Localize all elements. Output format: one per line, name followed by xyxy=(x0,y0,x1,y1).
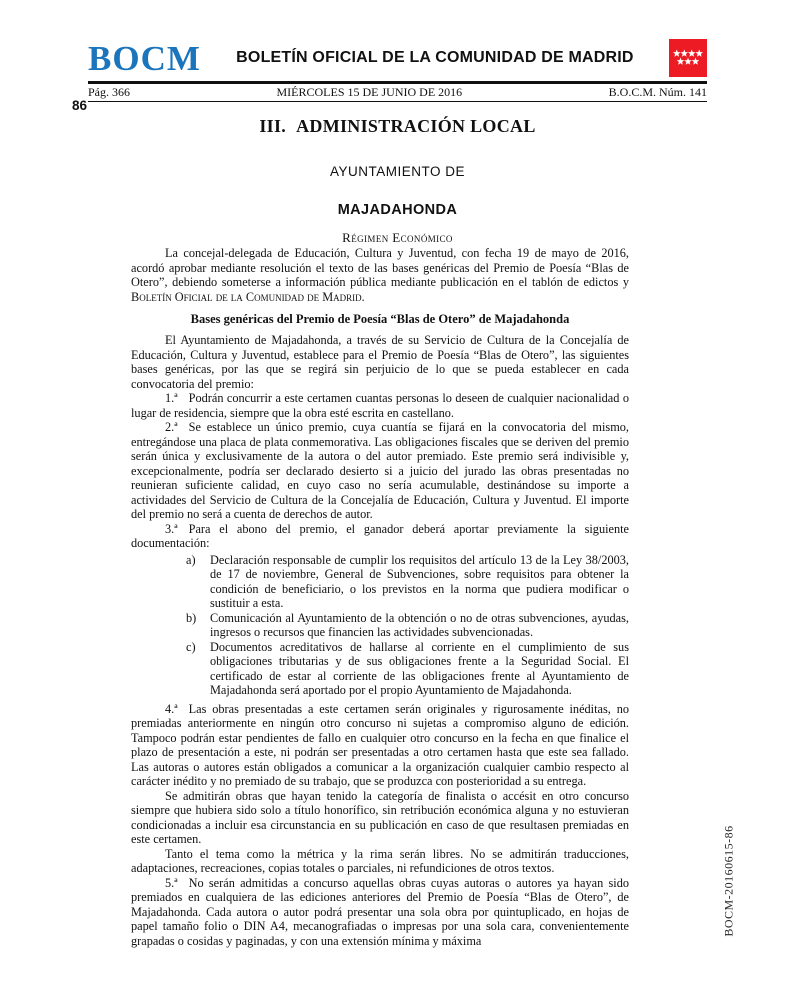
bocm-page: BOCM BOLETÍN OFICIAL DE LA COMUNIDAD DE … xyxy=(0,0,792,1000)
documentation-list: a) Declaración responsable de cumplir lo… xyxy=(131,553,629,698)
bocm-logo: BOCM xyxy=(88,41,201,76)
header-info-row: Pág. 366 MIÉRCOLES 15 DE JUNIO DE 2016 B… xyxy=(88,84,707,101)
clause-4-text: Las obras presentadas a este certamen se… xyxy=(131,702,629,789)
section-number: III. xyxy=(259,116,286,136)
clause-1-marker: 1.ª xyxy=(165,391,178,405)
clause-2: 2.ªSe establece un único premio, cuya cu… xyxy=(131,420,629,522)
clause-4-marker: 4.ª xyxy=(165,702,178,716)
list-item-c: c) Documentos acreditativos de hallarse … xyxy=(131,640,629,698)
clause-4: 4.ªLas obras presentadas a este certamen… xyxy=(131,702,629,789)
municipality-title: MAJADAHONDA xyxy=(88,202,707,218)
list-item-b: b) Comunicación al Ayuntamiento de la ob… xyxy=(131,611,629,640)
page-header: BOCM BOLETÍN OFICIAL DE LA COMUNIDAD DE … xyxy=(88,0,707,102)
clause-5-text: No serán admitidas a concurso aquellas o… xyxy=(131,876,629,948)
masthead: BOCM BOLETÍN OFICIAL DE LA COMUNIDAD DE … xyxy=(88,0,707,80)
bulletin-title: BOLETÍN OFICIAL DE LA COMUNIDAD DE MADRI… xyxy=(201,49,669,67)
madrid-flag-icon xyxy=(669,39,707,77)
bocm-smallcaps-reference: Boletín Oficial de la Comunidad de Madri… xyxy=(131,290,362,304)
authority-line: AYUNTAMIENTO DE xyxy=(88,164,707,179)
page-number-label: Pág. 366 xyxy=(88,85,130,100)
bases-heading: Bases genéricas del Premio de Poesía “Bl… xyxy=(131,312,629,327)
intro-text-after: . xyxy=(362,290,365,304)
issue-number: B.O.C.M. Núm. 141 xyxy=(609,85,707,100)
list-item-a-text: Declaración responsable de cumplir los r… xyxy=(210,553,629,611)
intro-paragraph: La concejal-delegada de Educación, Cultu… xyxy=(131,246,629,304)
clause-5: 5.ªNo serán admitidas a concurso aquella… xyxy=(131,876,629,949)
document-body: La concejal-delegada de Educación, Cultu… xyxy=(131,246,629,948)
category-label: Régimen Económico xyxy=(88,230,707,246)
clause-5-marker: 5.ª xyxy=(165,876,178,890)
section-title: ADMINISTRACIÓN LOCAL xyxy=(296,116,536,136)
document-headings: III.ADMINISTRACIÓN LOCAL AYUNTAMIENTO DE… xyxy=(88,100,707,246)
issue-date: MIÉRCOLES 15 DE JUNIO DE 2016 xyxy=(130,85,609,100)
list-item-c-marker: c) xyxy=(186,640,196,655)
clause-4-paragraph-2: Se admitirán obras que hayan tenido la c… xyxy=(131,789,629,847)
intro-text-before: La concejal-delegada de Educación, Cultu… xyxy=(131,246,629,289)
list-item-b-text: Comunicación al Ayuntamiento de la obten… xyxy=(210,611,629,640)
list-item-c-text: Documentos acreditativos de hallarse al … xyxy=(210,640,629,698)
clause-3: 3.ªPara el abono del premio, el ganador … xyxy=(131,522,629,551)
clause-4-paragraph-3: Tanto el tema como la métrica y la rima … xyxy=(131,847,629,876)
list-item-b-marker: b) xyxy=(186,611,196,626)
list-item-a-marker: a) xyxy=(186,553,196,568)
clause-3-text: Para el abono del premio, el ganador deb… xyxy=(131,522,629,551)
section-heading: III.ADMINISTRACIÓN LOCAL xyxy=(88,116,707,137)
document-code-vertical: BOCM-20160615-86 xyxy=(722,825,737,936)
clause-2-text: Se establece un único premio, cuya cuant… xyxy=(131,420,629,521)
clause-1-text: Podrán concurrir a este certamen cuantas… xyxy=(131,391,629,420)
clause-1: 1.ªPodrán concurrir a este certamen cuan… xyxy=(131,391,629,420)
list-item-a: a) Declaración responsable de cumplir lo… xyxy=(131,553,629,611)
clause-2-marker: 2.ª xyxy=(165,420,178,434)
clause-3-marker: 3.ª xyxy=(165,522,178,536)
preamble-paragraph: El Ayuntamiento de Majadahonda, a través… xyxy=(131,333,629,391)
announcement-number: 86 xyxy=(72,98,87,113)
